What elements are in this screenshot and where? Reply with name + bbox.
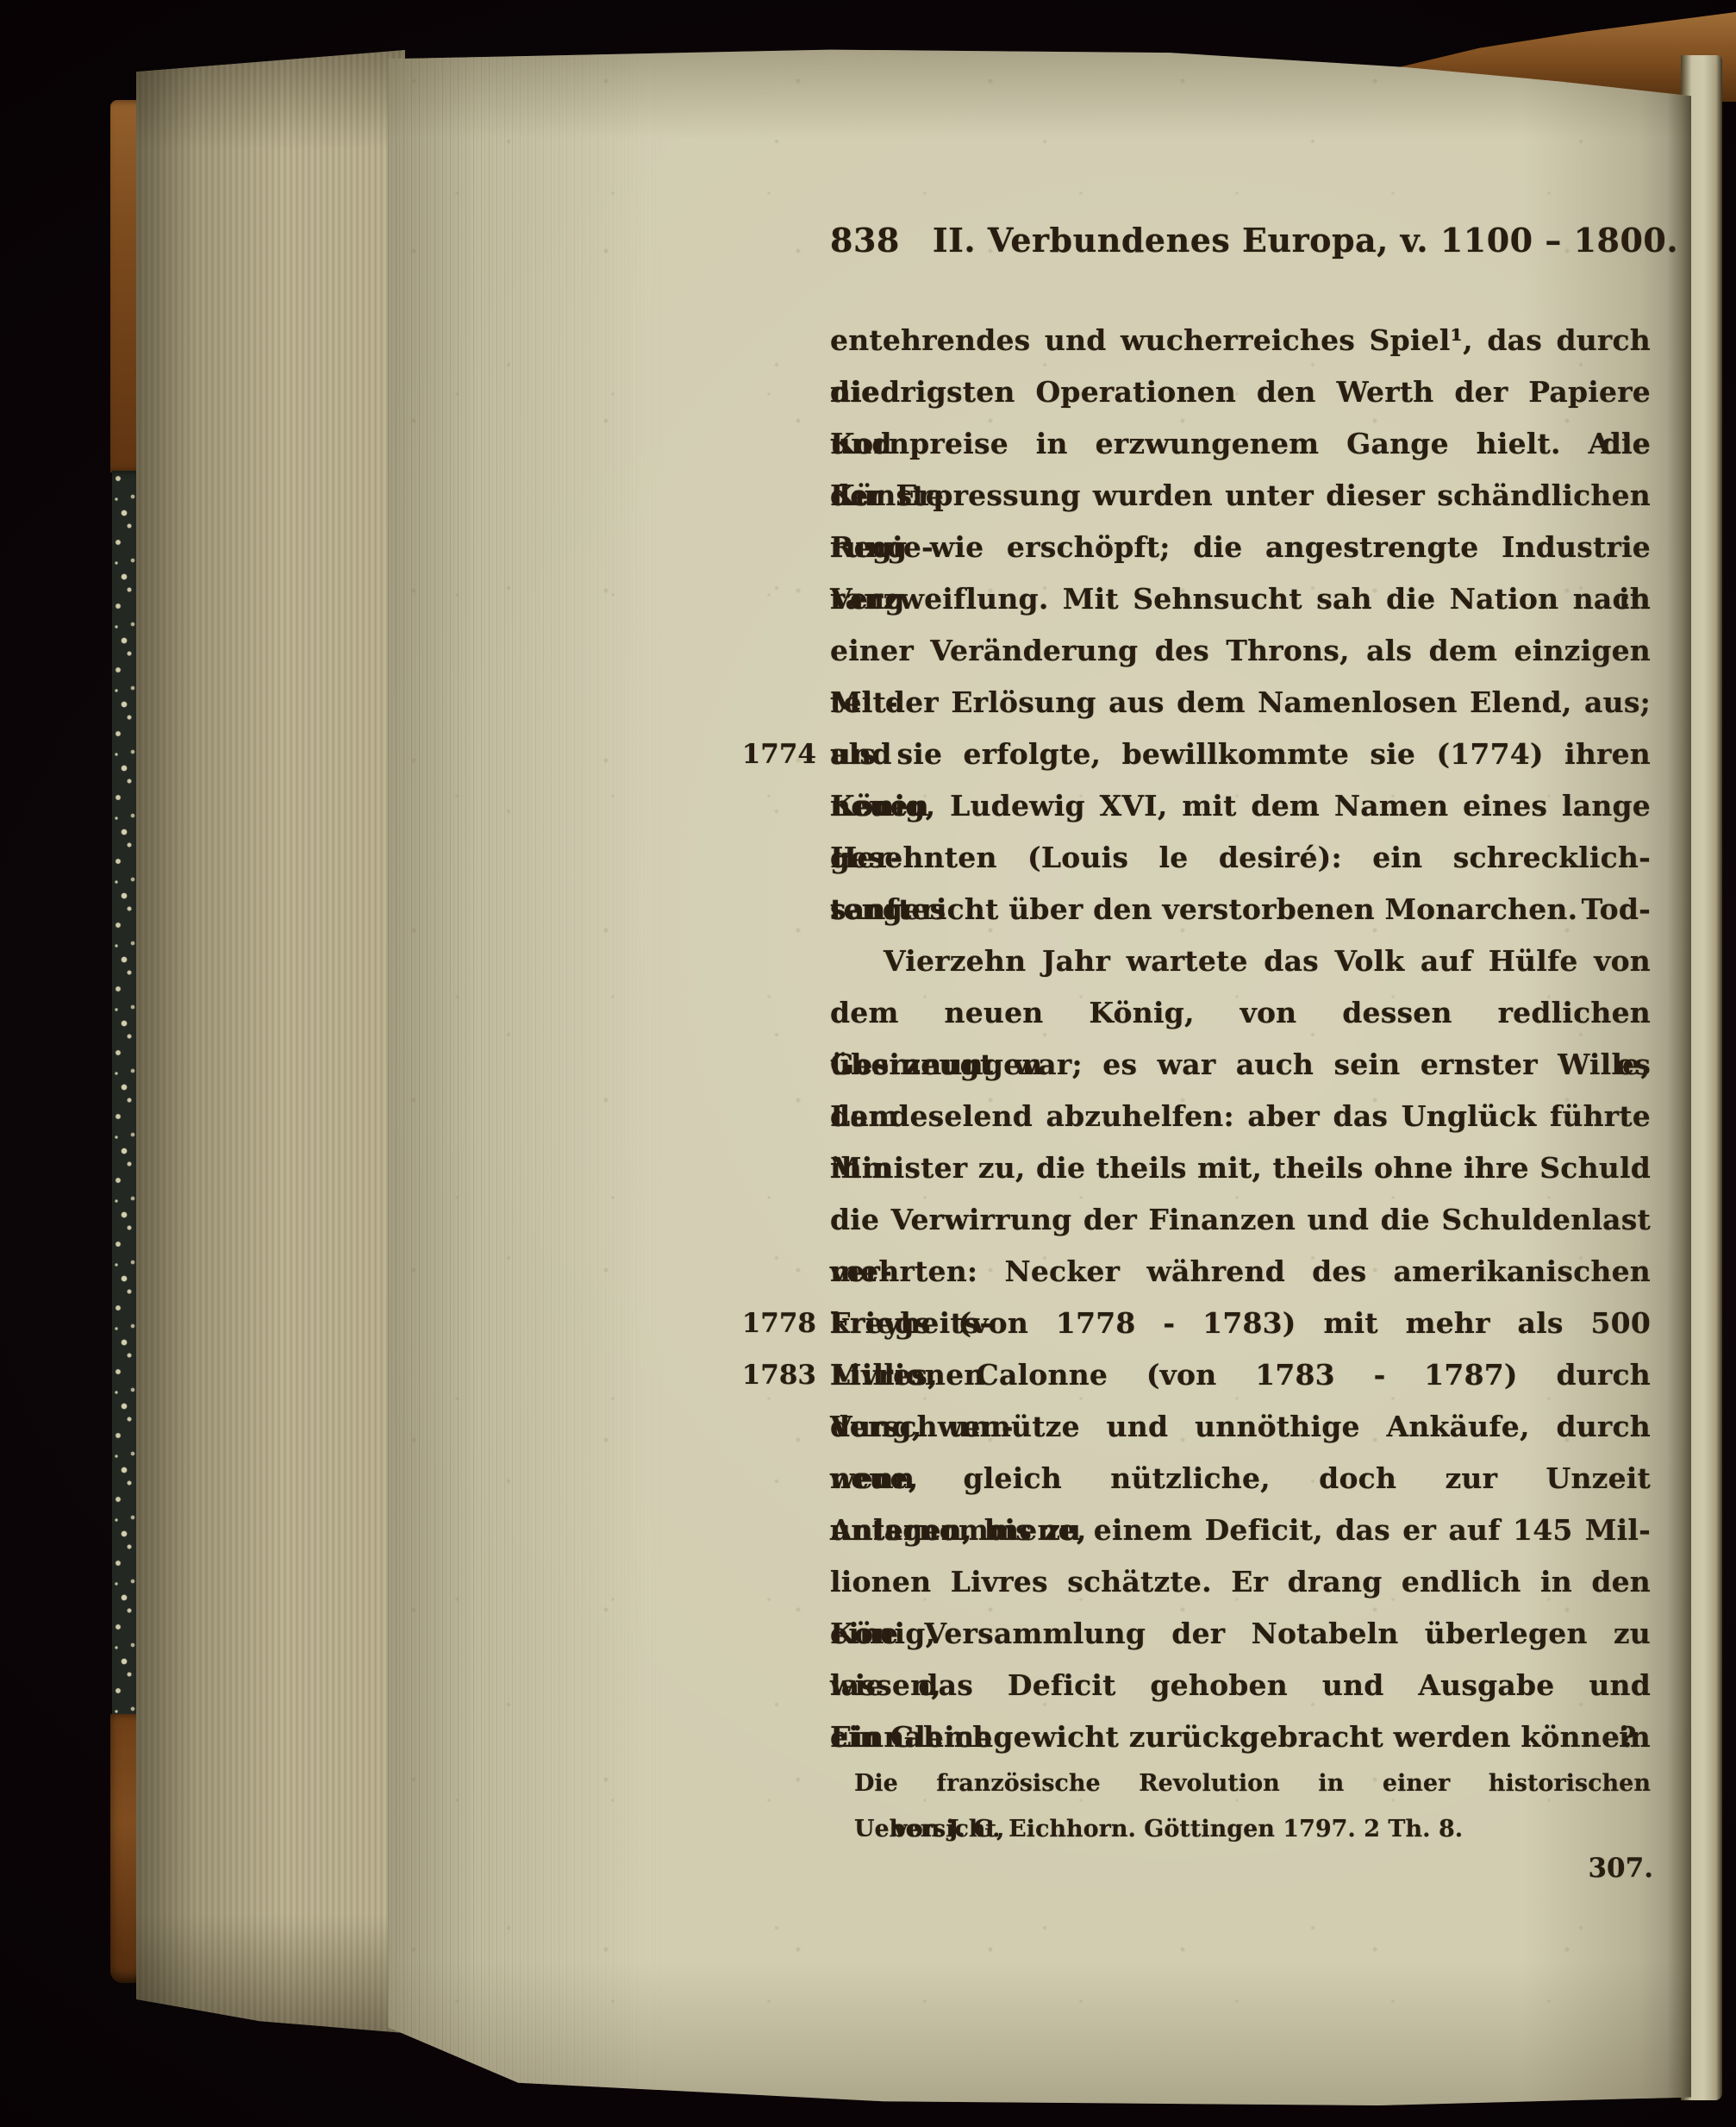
- text-line: der Erpressung wurden unter dieser schän…: [830, 470, 1651, 522]
- footnote: Die französische Revolution in einer his…: [830, 1761, 1651, 1852]
- text-line: Verzweiflung. Mit Sehnsucht sah die Nati…: [830, 573, 1651, 625]
- scanned-book-photo: 838 II. Verbundenes Europa, v. 1100 – 18…: [0, 0, 1736, 2127]
- text-line-text: Anlagen, bis zu einem Deficit, das er au…: [830, 1505, 1651, 1556]
- text-line: Anlagen, bis zu einem Deficit, das er au…: [830, 1505, 1651, 1556]
- body-text: entehrendes und wucherreiches Spiel¹, da…: [830, 315, 1651, 1763]
- header-page-number: 838: [830, 221, 900, 260]
- text-line: Kornpreise in erzwungenem Gange hielt. A…: [830, 418, 1651, 470]
- text-line: entehrendes und wucherreiches Spiel¹, da…: [830, 315, 1651, 366]
- text-line: einer Veränderung des Throns, als dem ei…: [830, 625, 1651, 677]
- text-line: Vierzehn Jahr wartete das Volk auf Hülfe…: [830, 935, 1651, 987]
- text-line: wenn gleich nützliche, doch zur Unzeit u…: [830, 1453, 1651, 1505]
- text-line-text: ein Gleichgewicht zurückgebracht werden …: [830, 1711, 1651, 1763]
- text-line: lionen Livres schätzte. Er drang endlich…: [830, 1556, 1651, 1608]
- text-line-text: tengericht über den verstorbenen Monarch…: [830, 884, 1651, 935]
- text-line: mehrten: Necker während des amerikanisch…: [830, 1246, 1651, 1298]
- page-header: 838 II. Verbundenes Europa, v. 1100 – 18…: [830, 221, 1651, 260]
- footnote-line-text: von J. G. Eichhorn. Göttingen 1797. 2 Th…: [830, 1806, 1651, 1852]
- text-line: tel der Erlösung aus dem Namenlosen Elen…: [830, 677, 1651, 729]
- header-running-title: II. Verbundenes Europa, v. 1100 – 1800.: [933, 221, 1678, 260]
- margin-year: 1783: [696, 1349, 816, 1401]
- text-line: dung, unnütze und unnöthige Ankäufe, dur…: [830, 1401, 1651, 1453]
- margin-year: 1774: [696, 729, 816, 780]
- text-line: überzeugt war; es war auch sein ernster …: [830, 1039, 1651, 1091]
- text-line: eine Versammlung der Notabeln überlegen …: [830, 1608, 1651, 1660]
- text-line: ein Gleichgewicht zurückgebracht werden …: [830, 1711, 1651, 1763]
- margin-year: 1778: [696, 1298, 816, 1349]
- page-text: 838 II. Verbundenes Europa, v. 1100 – 18…: [0, 0, 1736, 2127]
- text-line: dem neuen König, von dessen redlichen Ge…: [830, 987, 1651, 1039]
- text-line: 1778 kriegs (von 1778 - 1783) mit mehr a…: [830, 1298, 1651, 1349]
- text-line-text: Vierzehn Jahr wartete das Volk auf Hülfe…: [830, 935, 1651, 987]
- text-line-text: Minister zu, die theils mit, theils ohne…: [830, 1142, 1651, 1194]
- text-line: rung wie erschöpft; die angestrengte Ind…: [830, 522, 1651, 573]
- text-line: Landeselend abzuhelfen: aber das Unglück…: [830, 1091, 1651, 1142]
- text-line: niedrigsten Operationen den Werth der Pa…: [830, 366, 1651, 418]
- text-line: wie das Deficit gehoben und Ausgabe und …: [830, 1660, 1651, 1711]
- text-line: tengericht über den verstorbenen Monarch…: [830, 884, 1651, 935]
- text-line: 1783 Livres, Calonne (von 1783 - 1787) d…: [830, 1349, 1651, 1401]
- text-line: 1774 als sie erfolgte, bewillkommte sie …: [830, 729, 1651, 780]
- footnote-line: von J. G. Eichhorn. Göttingen 1797. 2 Th…: [830, 1806, 1651, 1852]
- text-line: die Verwirrung der Finanzen und die Schu…: [830, 1194, 1651, 1246]
- text-line: gesehnten (Louis le desiré): ein schreck…: [830, 832, 1651, 884]
- text-line: Minister zu, die theils mit, theils ohne…: [830, 1142, 1651, 1194]
- sheet-signature-number: 307.: [1533, 1850, 1653, 1886]
- text-line: König, Ludewig XVI, mit dem Namen eines …: [830, 780, 1651, 832]
- text-line-text: Verzweiflung. Mit Sehnsucht sah die Nati…: [830, 573, 1651, 625]
- footnote-line: Die französische Revolution in einer his…: [830, 1761, 1651, 1806]
